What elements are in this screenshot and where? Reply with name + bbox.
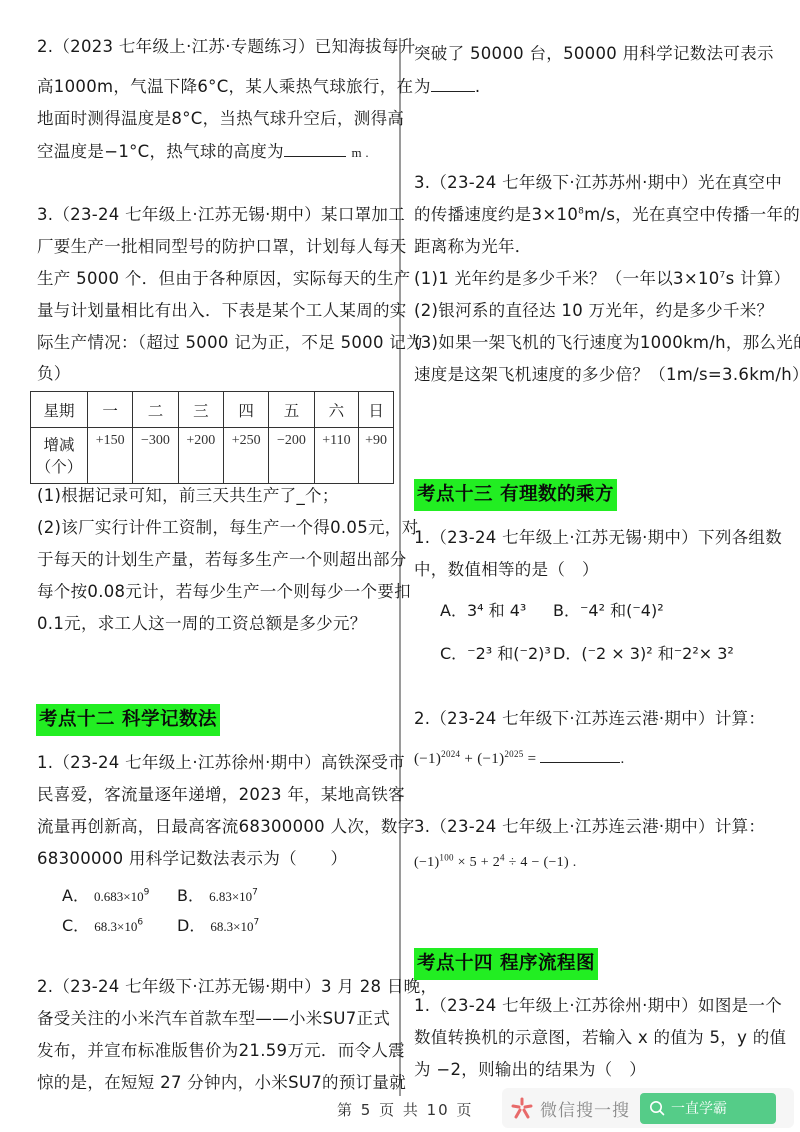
answer-blank: [284, 140, 346, 157]
r-q3-line-1: 3.（23-24 七年级下·江苏苏州·期中）光在真空中: [414, 172, 782, 194]
s12-option-d: D． 68.3×107: [177, 913, 259, 936]
table-header-cell: 四: [223, 392, 268, 428]
q2-temp-line-3: 地面时测得温度是8°C，当热气球升空后，测得高: [37, 108, 404, 130]
q3-sub-line-2: (2)该厂实行计件工资制，每生产一个得0.05元，对: [37, 517, 418, 539]
wechat-search-button[interactable]: 一直学霸: [640, 1093, 776, 1124]
q3-masks-line-1: 3.（23-24 七年级上·江苏无锡·期中）某口罩加工: [37, 204, 405, 226]
s13-option-c: C．⁻2³ 和(⁻2)³: [440, 641, 551, 664]
answer-blank: [431, 75, 475, 92]
s14-q1-line-3: 为 −2，则输出的结果为（ ）: [414, 1059, 646, 1081]
section-title-13: 考点十三 有理数的乘方: [414, 479, 617, 511]
table-row: 增减 （个） +150 −300 +200 +250 −200 +110 +90: [31, 428, 394, 484]
s13-option-b: B．⁻4² 和(⁻4)²: [553, 598, 664, 621]
table-header-cell: 一: [88, 392, 133, 428]
q3-sub-line-4: 每个按0.08元计，若每少生产一个则每少一个要扣: [37, 581, 411, 603]
r-q2-cont-line-1: 突破了 50000 台，50000 用科学记数法可表示: [414, 43, 774, 65]
q3-sub-line-1: (1)根据记录可知，前三天共生产了_个；: [37, 485, 339, 507]
q2-temp-line-2: 高1000m，气温下降6°C，某人乘热气球旅行，在: [37, 76, 413, 98]
q2-temp-line-1: 2.（2023 七年级上·江苏·专题练习）已知海拔每升: [37, 36, 416, 58]
q3-masks-line-6: 负）: [37, 363, 71, 385]
s12-option-c: C． 68.3×106: [62, 913, 143, 936]
table-cell: +90: [359, 428, 394, 484]
table-header-cell: 二: [133, 392, 178, 428]
search-query-text: 一直学霸: [671, 1098, 727, 1118]
s12-q2-line-4: 惊的是，在短短 27 分钟内，小米SU7的预订量就: [37, 1072, 406, 1094]
q3-masks-line-2: 厂要生产一批相同型号的防护口罩，计划每人每天: [37, 236, 407, 258]
s13-q3-line-1: 3.（23-24 七年级上·江苏连云港·期中）计算：: [414, 816, 765, 838]
r-q3-line-7: 速度是这架飞机速度的多少倍？（1m/s=3.6km/h）: [414, 364, 800, 386]
wechat-search-logo-icon: [510, 1096, 534, 1120]
answer-blank: [540, 746, 620, 763]
r-q3-line-3: 距离称为光年．: [414, 236, 532, 258]
s14-q1-line-1: 1.（23-24 七年级上·江苏徐州·期中）如图是一个: [414, 995, 782, 1017]
search-icon: [649, 1100, 665, 1116]
q3-masks-line-5: 际生产情况：（超过 5000 记为正，不足 5000 记为: [37, 332, 423, 354]
s13-option-d: D．(⁻2 × 3)² 和⁻2²× 3²: [553, 641, 734, 664]
r-q3-line-2: 的传播速度约是3×108m/s，光在真空中传播一年的: [414, 204, 800, 226]
q2-temp-line-4: 空温度是−1°C，热气球的高度为 m .: [37, 140, 369, 164]
table-cell: +250: [223, 428, 268, 484]
s13-option-a: A．3⁴ 和 4³: [440, 598, 526, 621]
wechat-search-bar[interactable]: 微信搜一搜 一直学霸: [502, 1088, 794, 1128]
q3-masks-line-4: 量与计划量相比有出入．下表是某个工人某周的实: [37, 300, 407, 322]
table-header-cell: 五: [269, 392, 314, 428]
s13-q1-line-2: 中，数值相等的是（ ）: [414, 559, 599, 581]
q3-sub-line-3: 于每天的计划生产量，若每多生产一个则超出部分: [37, 549, 407, 571]
q3-sub-line-5: 0.1元，求工人这一周的工资总额是多少元？: [37, 613, 367, 635]
s12-q1-line-1: 1.（23-24 七年级上·江苏徐州·期中）高铁深受市: [37, 752, 405, 774]
table-header-cell: 星期: [31, 392, 88, 428]
table-header-cell: 三: [178, 392, 223, 428]
r-q2-cont-line-2: 为.: [414, 75, 480, 98]
section-title-12: 考点十二 科学记数法: [36, 704, 220, 736]
table-cell: +110: [314, 428, 359, 484]
table-cell: +200: [178, 428, 223, 484]
wechat-search-label: 微信搜一搜: [540, 1096, 630, 1121]
r-q3-line-5: (2)银河系的直径达 10 万光年，约是多少千米？: [414, 300, 773, 322]
s13-q1-line-1: 1.（23-24 七年级上·江苏无锡·期中）下列各组数: [414, 527, 782, 549]
s12-q2-line-2: 备受关注的小米汽车首款车型——小米SU7正式: [37, 1008, 390, 1030]
s12-q1-line-4: 68300000 用科学记数法表示为（ ）: [37, 848, 347, 870]
r-q3-line-4: (1)1 光年约是多少千米？（一年以3×107s 计算）: [414, 268, 790, 290]
s12-q1-line-3: 流量再创新高，日最高客流68300000 人次，数字: [37, 816, 415, 838]
s12-q2-line-1: 2.（23-24 七年级下·江苏无锡·期中）3 月 28 日晚，: [37, 976, 437, 998]
s14-q1-line-2: 数值转换机的示意图，若输入 x 的值为 5，y 的值: [414, 1027, 786, 1049]
s12-q1-line-2: 民喜爱，客流量逐年递增，2023 年，某地高铁客: [37, 784, 405, 806]
s12-q2-line-3: 发布，并宣布标准版售价为21.59万元．而令人震: [37, 1040, 405, 1062]
table-header-cell: 日: [359, 392, 394, 428]
section-title-14: 考点十四 程序流程图: [414, 948, 598, 980]
table-cell: −300: [133, 428, 178, 484]
table-row-label: 增减 （个）: [31, 428, 88, 484]
table-cell: −200: [269, 428, 314, 484]
table-header-row: 星期 一 二 三 四 五 六 日: [31, 392, 394, 428]
s12-option-a: A． 0.683×109: [62, 883, 149, 906]
q3-masks-line-3: 生产 5000 个．但由于各种原因，实际每天的生产: [37, 268, 410, 290]
s13-q2-line-1: 2.（23-24 七年级下·江苏连云港·期中）计算：: [414, 708, 765, 730]
table-cell: +150: [88, 428, 133, 484]
production-table: 星期 一 二 三 四 五 六 日 增减 （个） +150 −300 +200 +…: [30, 391, 394, 484]
page-indicator: 第 5 页 共 10 页: [337, 1099, 473, 1120]
s13-q2-expression: (−1)2024 + (−1)2025 = .: [414, 746, 625, 770]
s12-option-b: B． 6.83×107: [177, 883, 258, 906]
s13-q3-expression: (−1)100 × 5 + 24 ÷ 4 − (−1) .: [414, 852, 577, 874]
r-q3-line-6: (3)如果一架飞机的飞行速度为1000km/h，那么光的: [414, 332, 800, 354]
table-header-cell: 六: [314, 392, 359, 428]
